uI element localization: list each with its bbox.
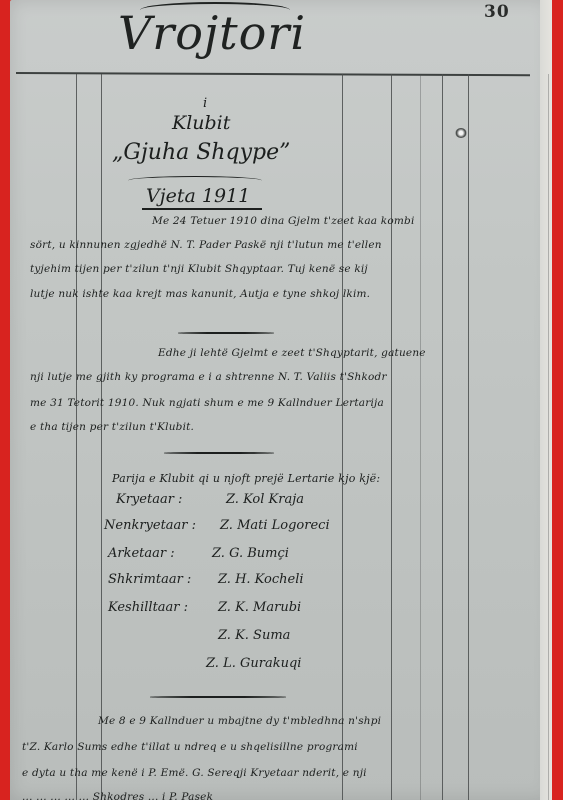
column-line-faint	[420, 74, 421, 800]
paragraph-line: Me 24 Tetuer 1910 dina Gjelm t'zeet kaa …	[152, 212, 415, 231]
paragraph-line: sört, u kinnunen zgjedhë N. T. Pader Pas…	[30, 236, 382, 255]
column-line-1	[342, 74, 343, 800]
officer-role: Keshilltaar :	[108, 600, 188, 615]
officer-name: Z. K. Suma	[218, 628, 290, 643]
officer-role: Nenkryetaar :	[104, 518, 196, 533]
officer-role: Shkrimtaar :	[108, 572, 191, 587]
paper-edge	[540, 0, 552, 800]
paragraph-line: tyjehim tijen per t'zilun t'nji Klubit S…	[30, 260, 368, 279]
paragraph-line: Edhe ji lehtë Gjelmt e zeet t'Shqyptarit…	[158, 344, 426, 363]
column-line-3	[442, 74, 443, 800]
year-heading: Vjeta 1911	[146, 185, 250, 207]
officer-role: Kryetaar :	[116, 492, 182, 507]
paragraph-line: lutje nuk ishte kaa krejt mas kanunit, A…	[30, 285, 370, 304]
officer-name: Z. L. Gurakuqi	[206, 656, 301, 671]
paragraph-line: t'Z. Karlo Sums edhe t'illat u ndreq e u…	[22, 738, 358, 757]
club-name: „Gjuha Shqype”	[112, 140, 290, 165]
paragraph-line: Me 8 e 9 Kallnduer u mbajtne dy t'mbledh…	[98, 712, 381, 731]
paragraph-line: ... ... ... ... ... Shkodres ... i P. Pa…	[22, 788, 213, 800]
paragraph-line: e tha tijen per t'zilun t'Klubit.	[30, 418, 194, 437]
officer-role: Arketaar :	[108, 546, 175, 561]
year-underline	[142, 208, 262, 210]
column-line-2	[391, 74, 392, 800]
page-title: Vrojtori	[118, 6, 306, 60]
paragraph-line: me 31 Tetorit 1910. Nuk ngjati shum e me…	[30, 394, 384, 413]
brace-ornament	[128, 176, 262, 185]
ink-blot-mark	[455, 128, 467, 138]
officer-name: Z. K. Marubi	[218, 600, 301, 615]
margin-line-2	[101, 74, 102, 800]
section-divider	[164, 452, 274, 454]
officer-name: Z. H. Kocheli	[218, 572, 304, 587]
section-divider	[178, 332, 274, 334]
paragraph-line: e dyta u tha me kenë i P. Emë. G. Sereqj…	[22, 764, 367, 783]
section-divider	[150, 696, 286, 698]
column-line-edge	[548, 74, 549, 800]
page-number: 30	[484, 2, 510, 22]
subtitle-club-label: Klubit	[172, 112, 230, 134]
officer-name: Z. G. Bumçi	[212, 546, 289, 561]
officer-name: Z. Mati Logoreci	[220, 518, 330, 533]
officers-intro: Parija e Klubit qi u njoft prejë Lertari…	[112, 470, 380, 489]
paragraph-line: nji lutje me gjith ky programa e i a sht…	[30, 368, 387, 387]
officer-name: Z. Kol Kraja	[226, 492, 304, 507]
column-line-4	[468, 74, 469, 800]
subtitle-connector: i	[203, 96, 207, 111]
margin-line-1	[76, 74, 77, 800]
